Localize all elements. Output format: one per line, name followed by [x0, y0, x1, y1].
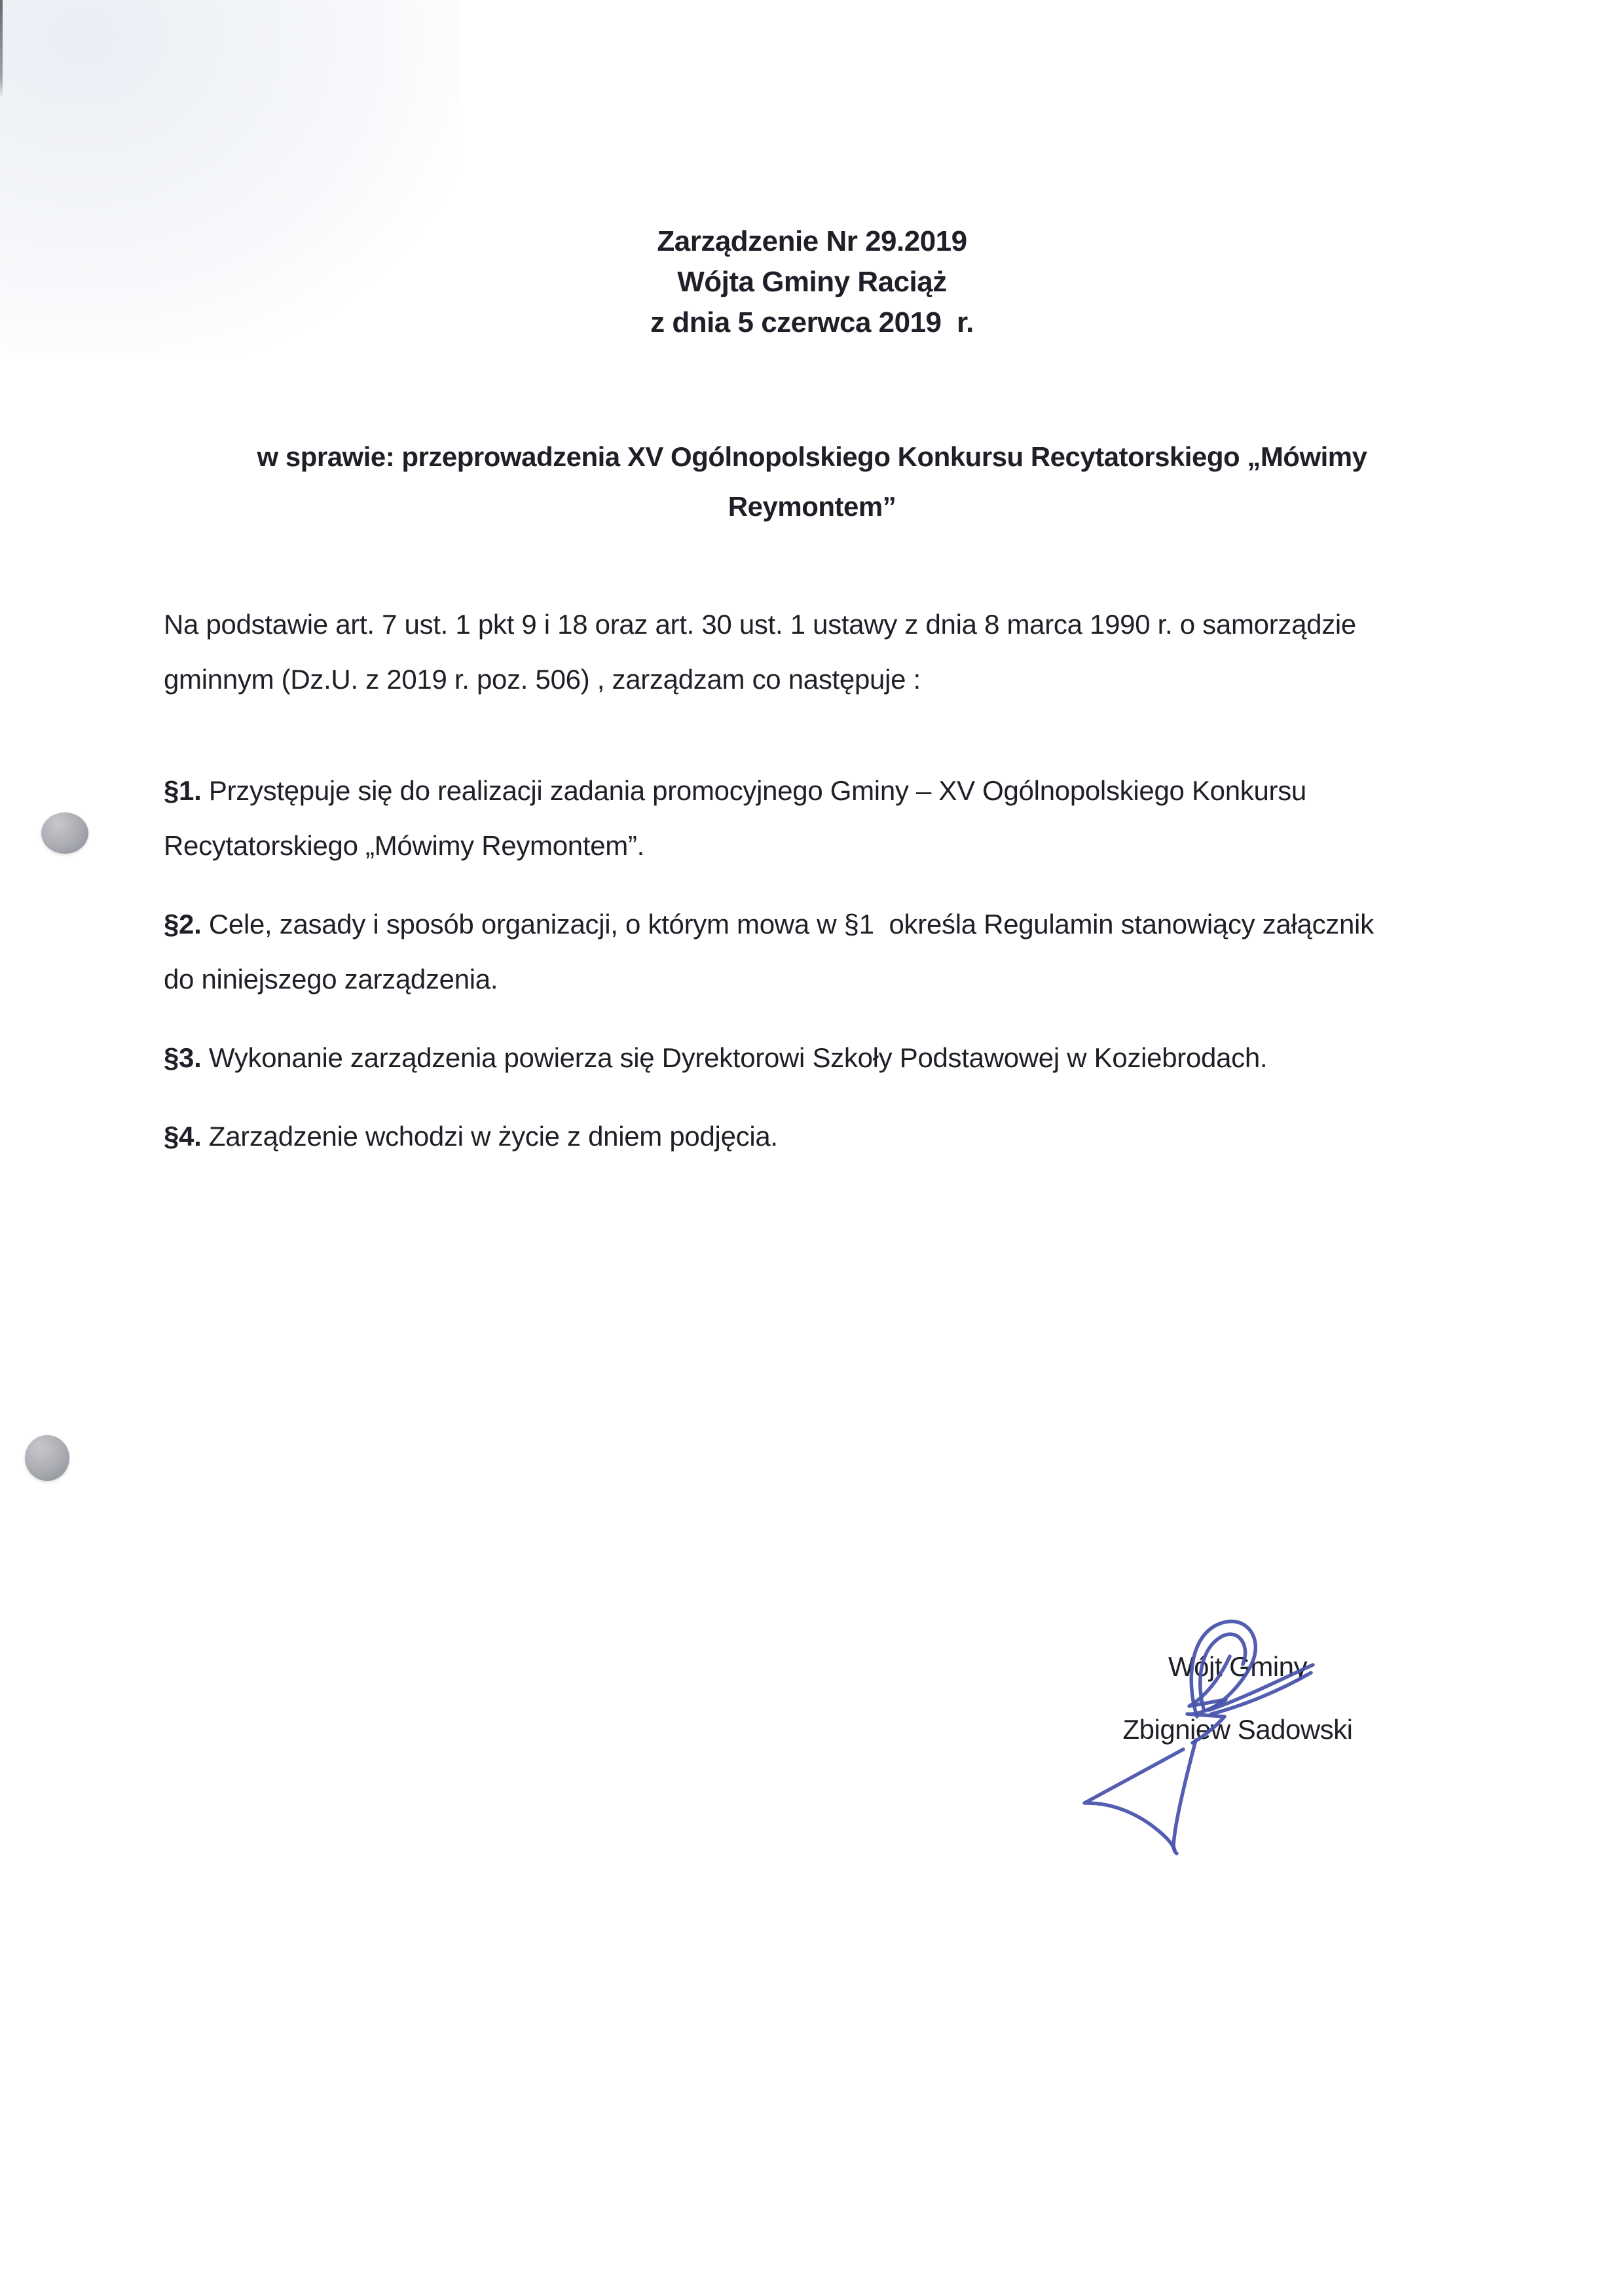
signature-block: Wójt Gminy Zbigniew Sadowski	[1074, 1635, 1401, 1761]
section-marker: §2.	[164, 909, 202, 939]
section-marker: §1.	[164, 775, 202, 806]
content-block: Na podstawie art. 7 ust. 1 pkt 9 i 18 or…	[164, 597, 1434, 1188]
signature-title: Wójt Gminy	[1074, 1635, 1401, 1698]
title-block: Zarządzenie Nr 29.2019Wójta Gminy Raciąż…	[0, 221, 1624, 343]
paragraph-line: gminnym (Dz.U. z 2019 r. poz. 506) , zar…	[164, 652, 1434, 707]
paragraph-line: §2. Cele, zasady i sposób organizacji, o…	[164, 897, 1434, 952]
subject-line: Reymontem”	[255, 482, 1369, 532]
paragraph-line: §1. Przystępuje się do realizacji zadani…	[164, 763, 1434, 818]
signature-name: Zbigniew Sadowski	[1074, 1698, 1401, 1761]
document-page: Zarządzenie Nr 29.2019Wójta Gminy Raciąż…	[0, 0, 1624, 2296]
title-line: z dnia 5 czerwca 2019 r.	[0, 302, 1624, 343]
paragraph-4: §4. Zarządzenie wchodzi w życie z dniem …	[164, 1109, 1434, 1164]
binder-dot-bottom	[25, 1435, 69, 1481]
section-marker: §3.	[164, 1042, 202, 1073]
paragraph-line: §3. Wykonanie zarządzenia powierza się D…	[164, 1030, 1434, 1085]
binder-dot-top	[41, 812, 88, 854]
paragraph-intro: Na podstawie art. 7 ust. 1 pkt 9 i 18 or…	[164, 597, 1434, 707]
paragraph-2: §2. Cele, zasady i sposób organizacji, o…	[164, 897, 1434, 1007]
subject-line: w sprawie: przeprowadzenia XV Ogólnopols…	[255, 432, 1369, 482]
paragraph-line: Na podstawie art. 7 ust. 1 pkt 9 i 18 or…	[164, 597, 1434, 652]
paragraph-line: do niniejszego zarządzenia.	[164, 952, 1434, 1007]
paragraph-3: §3. Wykonanie zarządzenia powierza się D…	[164, 1030, 1434, 1085]
paragraph-line: §4. Zarządzenie wchodzi w życie z dniem …	[164, 1109, 1434, 1164]
paragraph-line: Recytatorskiego „Mówimy Reymontem”.	[164, 818, 1434, 873]
scan-edge-artifact	[0, 0, 3, 98]
paragraph-1: §1. Przystępuje się do realizacji zadani…	[164, 763, 1434, 873]
title-line: Zarządzenie Nr 29.2019	[0, 221, 1624, 262]
section-marker: §4.	[164, 1121, 202, 1152]
subject-block: w sprawie: przeprowadzenia XV Ogólnopols…	[255, 432, 1369, 532]
title-line: Wójta Gminy Raciąż	[0, 262, 1624, 302]
